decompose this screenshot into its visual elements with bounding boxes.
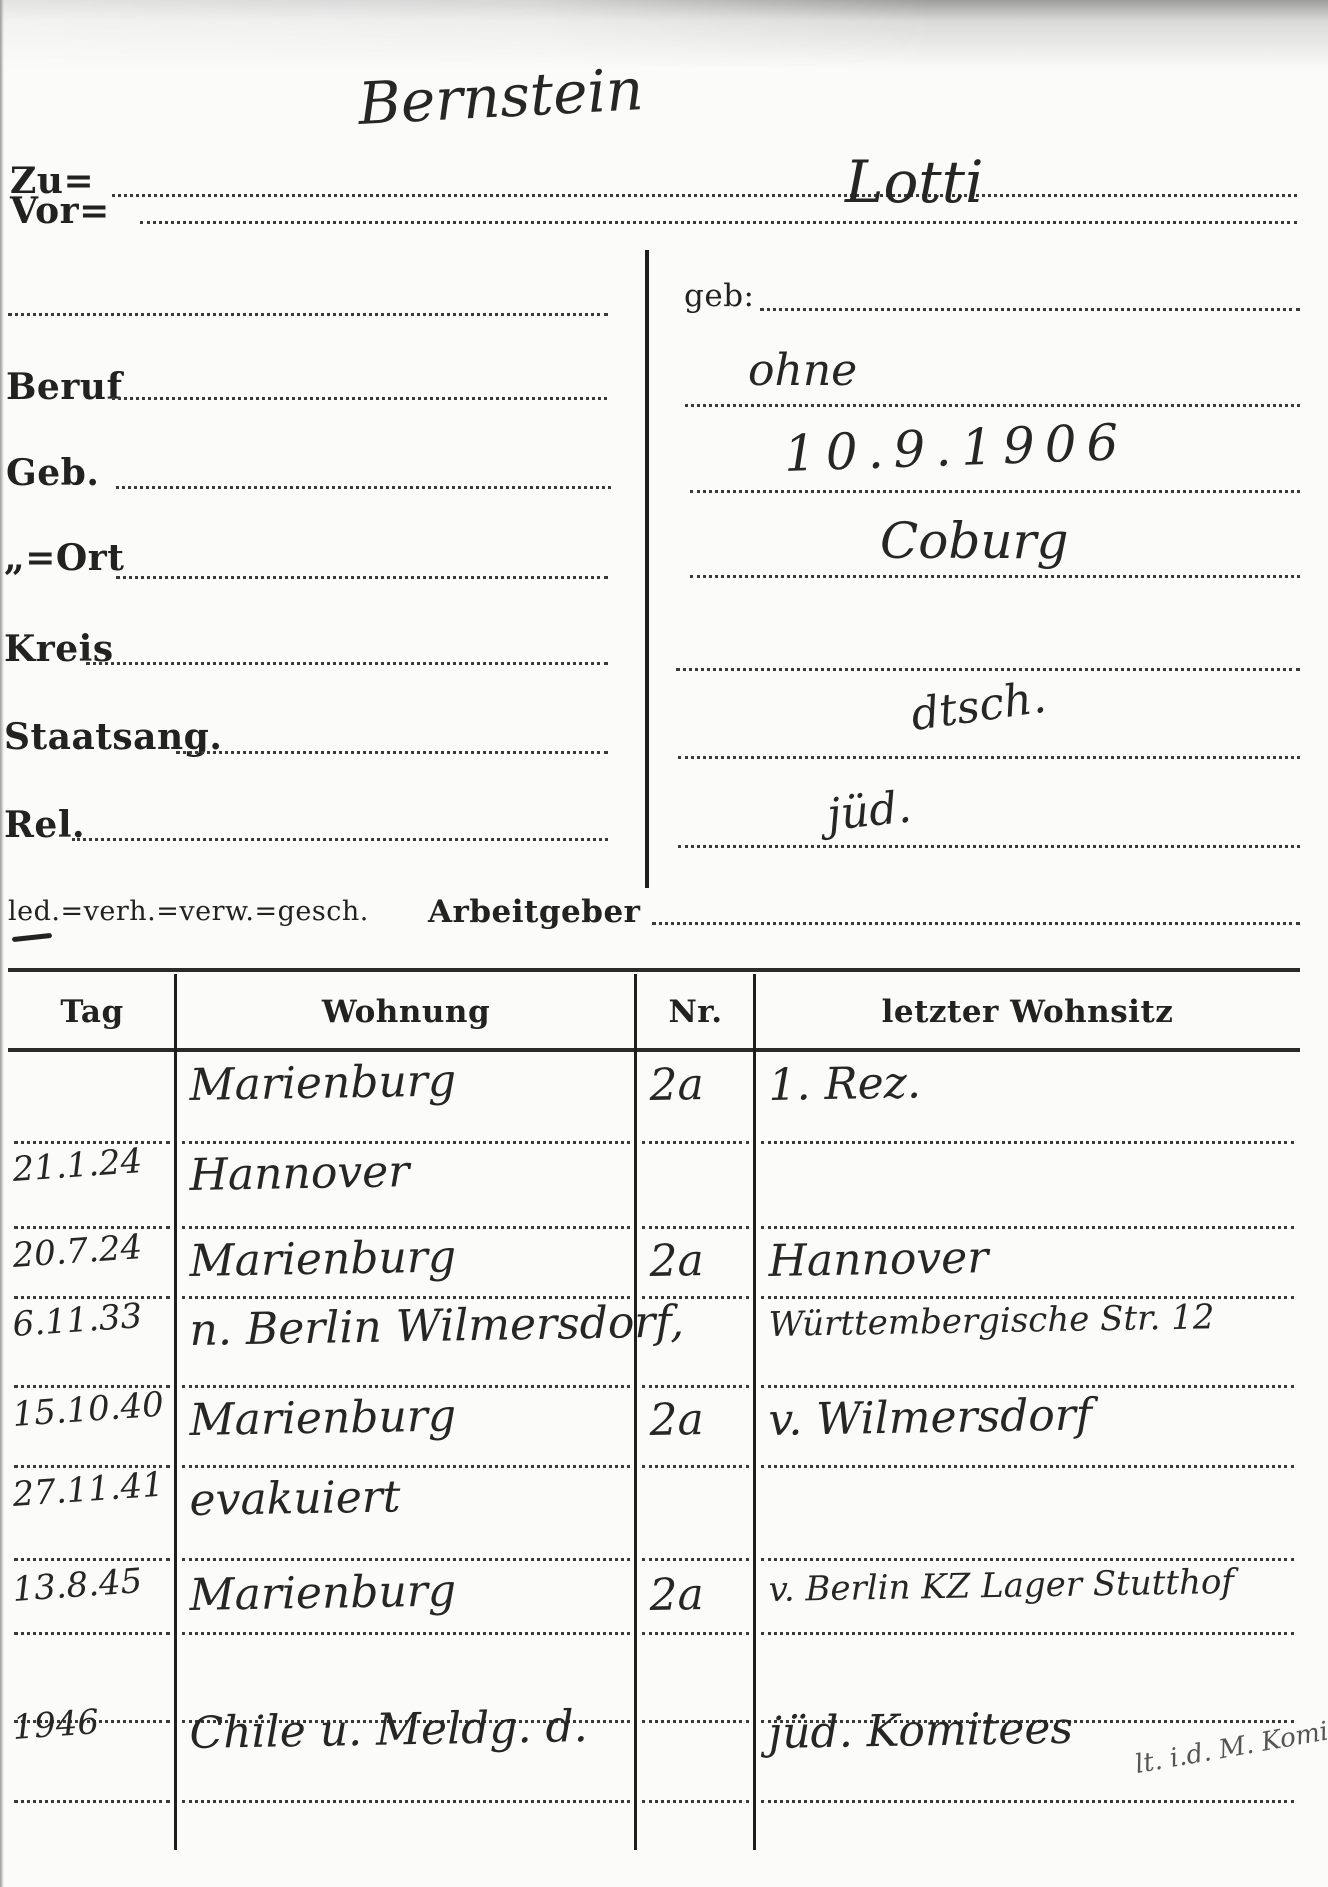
cell-letzter-wohnsitz: 1. Rez. (768, 1057, 921, 1111)
value-occupation: ohne (748, 345, 857, 396)
religion-line-right (678, 845, 1300, 848)
cell-wohnung: Marienburg (189, 1565, 456, 1621)
row-separator (761, 1800, 1294, 1803)
employer-line (652, 922, 1300, 925)
row-separator (761, 1465, 1294, 1468)
label-given-name: Vor= (10, 190, 110, 232)
value-given-name: Lotti (845, 148, 984, 216)
row-separator (182, 1385, 630, 1388)
row-separator (14, 1558, 170, 1561)
cell-wohnung: evakuiert (189, 1471, 401, 1526)
scan-left-edge (0, 0, 4, 1887)
table-header-3: Nr. (636, 994, 755, 1030)
cell-nr: 2a (649, 1235, 704, 1287)
cell-wohnung: Chile u. Meldg. d. (189, 1701, 588, 1759)
citizenship-line-right (678, 756, 1300, 759)
row-separator (182, 1800, 630, 1803)
birth-name-line (760, 308, 1300, 311)
value-religion: jüd. (825, 781, 914, 841)
row-separator (642, 1385, 749, 1388)
cell-wohnung: Marienburg (189, 1231, 456, 1287)
row-separator (642, 1465, 749, 1468)
cell-nr: 2a (649, 1394, 704, 1446)
scan-edge-shadow (0, 0, 1328, 70)
cell-wohnung: Marienburg (189, 1390, 456, 1446)
row-separator (182, 1465, 630, 1468)
cell-tag: 13.8.45 (11, 1561, 143, 1610)
label-birth-place: „=Ort (4, 537, 124, 579)
cell-letzter-wohnsitz: Württembergische Str. 12 (768, 1297, 1214, 1345)
row-separator (761, 1141, 1294, 1144)
table-header-1: Tag (8, 994, 176, 1030)
label-birth-name: geb: (684, 278, 754, 314)
row-separator (642, 1720, 749, 1723)
row-separator (182, 1141, 630, 1144)
blank-line (8, 313, 608, 316)
table-column-divider (174, 974, 177, 1850)
birth-place-line-left (116, 576, 608, 579)
table-top-rule (8, 968, 1300, 972)
birth-place-line-right (690, 575, 1300, 578)
row-separator (14, 1800, 170, 1803)
marital-status-selection-mark (12, 933, 52, 942)
row-separator (182, 1558, 630, 1561)
value-birth-place: Coburg (880, 512, 1068, 570)
row-separator (642, 1141, 749, 1144)
table-header-rule (8, 1048, 1300, 1052)
citizenship-line-left (176, 751, 608, 754)
row-separator (761, 1226, 1294, 1229)
cell-tag: 27.11.41 (11, 1465, 165, 1515)
row-separator (761, 1632, 1294, 1635)
value-citizenship: dtsch. (908, 672, 1049, 741)
religion-line-left (72, 838, 608, 841)
table-header-2: Wohnung (176, 994, 636, 1030)
given-name-line (140, 221, 1297, 224)
label-marital-status: led.=verh.=verw.=gesch. (8, 896, 369, 927)
table-header-4: letzter Wohnsitz (755, 994, 1300, 1030)
row-separator (642, 1226, 749, 1229)
cell-tag: 20.7.24 (11, 1227, 143, 1276)
cell-letzter-wohnsitz: v. Wilmersdorf (768, 1389, 1092, 1446)
row-separator (642, 1800, 749, 1803)
cell-nr: 2a (649, 1569, 704, 1621)
registration-card: Zu= Bernstein Vor= Lotti geb: Beruf ohne… (0, 0, 1328, 1887)
cell-tag: 15.10.40 (11, 1385, 165, 1435)
section-divider (645, 250, 649, 888)
cell-letzter-wohnsitz: Hannover (768, 1232, 989, 1287)
row-separator (761, 1558, 1294, 1561)
occupation-line-left (112, 397, 607, 400)
label-employer: Arbeitgeber (428, 894, 641, 930)
cell-nr: 2a (649, 1059, 704, 1111)
occupation-line-right (685, 404, 1300, 407)
district-line-left (86, 662, 608, 665)
table-column-divider (753, 974, 756, 1850)
row-separator (182, 1632, 630, 1635)
label-birth-date: Geb. (6, 452, 99, 494)
cell-letzter-wohnsitz: v. Berlin KZ Lager Stutthof (768, 1562, 1234, 1610)
row-separator (642, 1558, 749, 1561)
cell-tag: 1946 (11, 1702, 100, 1748)
birth-date-line-right (690, 490, 1300, 493)
cell-tag: 6.11.33 (11, 1296, 143, 1345)
row-separator (14, 1226, 170, 1229)
cell-wohnung: Hannover (189, 1146, 410, 1201)
label-occupation: Beruf (6, 366, 122, 408)
cell-tag: 21.1.24 (11, 1141, 143, 1190)
value-surname: Bernstein (356, 55, 644, 138)
table-column-divider (634, 974, 637, 1850)
row-separator (642, 1632, 749, 1635)
district-line-right (676, 668, 1300, 671)
cell-letzter-wohnsitz: jüd. Komitees (768, 1703, 1073, 1759)
row-separator (14, 1632, 170, 1635)
surname-line (112, 194, 1297, 197)
value-birth-date: 10.9.1906 (783, 413, 1129, 483)
row-separator (761, 1385, 1294, 1388)
birth-date-line-left (116, 486, 611, 489)
cell-wohnung: n. Berlin Wilmersdorf, (189, 1296, 684, 1356)
row-separator (182, 1226, 630, 1229)
cell-wohnung: Marienburg (189, 1055, 456, 1111)
